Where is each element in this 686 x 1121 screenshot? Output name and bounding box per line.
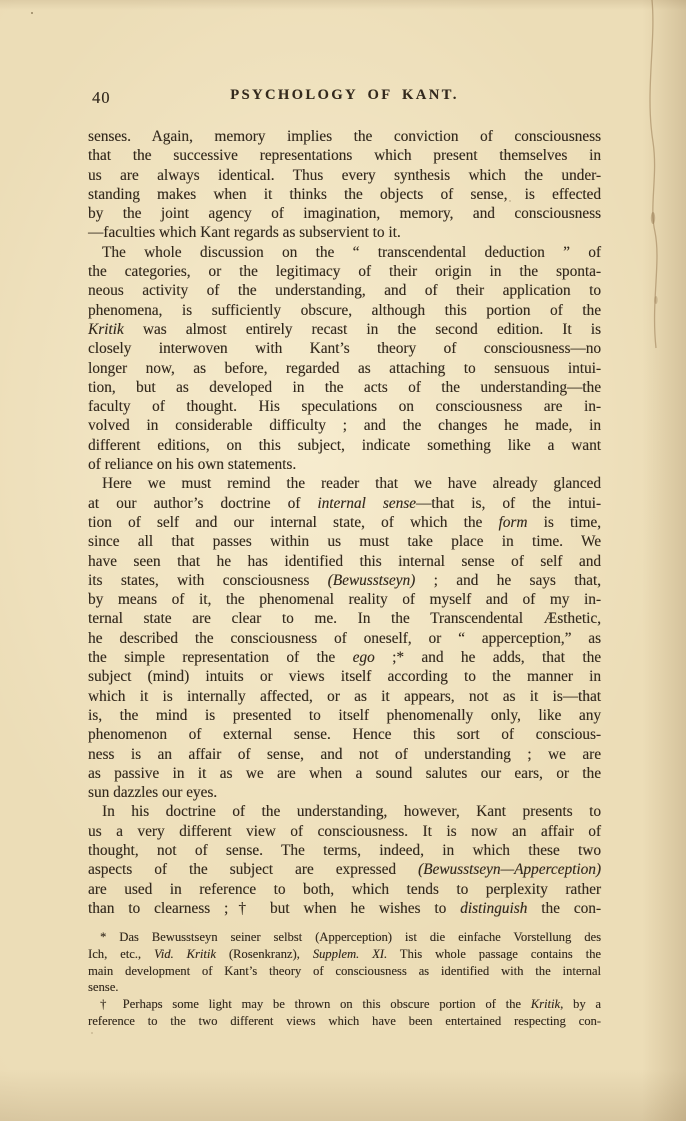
footnotes: * Das Bewusstseyn seiner selbst (Apperce… [88,929,601,1030]
text-segment: sense. [88,980,118,994]
text-line: at our author’s doctrine of internal sen… [88,494,601,513]
paragraph: senses. Again, memory implies the convic… [88,127,601,243]
text-segment: Ich, etc., [88,947,154,961]
text-segment: different editions, on this subject, ind… [88,437,601,454]
text-segment: † Perhaps some light may be thrown on th… [100,997,531,1011]
text-line: phenomenon of external sense. Hence this… [88,725,601,744]
text-line: by the joint agency of imagination, memo… [88,204,601,223]
text-segment: ternal state are clear to me. In the Tra… [88,610,601,627]
italic-text-segment: Kritik [88,321,124,338]
text-segment: reference to the two different views whi… [88,1014,601,1028]
text-segment: the categories, or the legitimacy of the… [88,263,601,280]
text-segment: neous activity of the understanding, and… [88,282,601,299]
text-segment: longer now, as before, regarded as attac… [88,360,601,377]
text-line: standing makes when it thinks the object… [88,185,601,204]
text-segment: faculty of thought. His speculations on … [88,398,601,415]
text-line: tion of self and our internal state, of … [88,513,601,532]
text-segment: the simple representation of the [88,649,353,666]
text-segment: senses. Again, memory implies the convic… [88,128,601,145]
text-segment: —that is, of the intui- [416,495,601,512]
text-segment: closely interwoven with Kant’s theory of… [88,340,601,357]
text-line: tion, but as developed in the acts of th… [88,378,601,397]
text-line: the categories, or the legitimacy of the… [88,262,601,281]
text-segment: ness is an affair of sense, and not of u… [88,746,601,763]
text-line: us a very different view of consciousnes… [88,822,601,841]
text-segment: sun dazzles our eyes. [88,784,217,801]
text-segment: In his doctrine of the understanding, ho… [102,803,601,820]
text-line: In his doctrine of the understanding, ho… [88,802,601,821]
text-line: its states, with consciousness (Bewussts… [88,571,601,590]
text-line: —faculties which Kant regards as subserv… [88,223,601,242]
text-segment: main development of Kant’s theory of con… [88,964,601,978]
text-line: thought, not of sense. The terms, indeed… [88,841,601,860]
paper-top-shadow [0,0,686,10]
text-segment: * Das Bewusstseyn seiner selbst (Apperce… [100,930,601,944]
text-segment: at our author’s doctrine of [88,495,317,512]
text-line: which it is internally affected, or as i… [88,687,601,706]
text-segment: thought, not of sense. The terms, indeed… [88,842,601,859]
italic-text-segment: distinguish [460,900,527,917]
book-page-scan: 40 PSYCHOLOGY OF KANT. senses. Again, me… [0,0,686,1121]
text-line: senses. Again, memory implies the convic… [88,127,601,146]
italic-text-segment: ego [353,649,375,666]
text-line: ness is an affair of sense, and not of u… [88,745,601,764]
text-line: as passive in it as we are when a sound … [88,764,601,783]
text-line: aspects of the subject are expressed (Be… [88,860,601,879]
text-line: closely interwoven with Kant’s theory of… [88,339,601,358]
paper-bottom-shadow [0,1069,686,1121]
text-line: ternal state are clear to me. In the Tra… [88,609,601,628]
text-line: are used in reference to both, which ten… [88,880,601,899]
text-line: main development of Kant’s theory of con… [88,963,601,980]
italic-text-segment: Supplem. XI. [313,947,387,961]
italic-text-segment: (Bewusstseyn—Apperception) [418,861,601,878]
text-line: of reliance on his own statements. [88,455,601,474]
text-segment: have seen that he has identified this in… [88,553,601,570]
paragraph: The whole discussion on the “ transcende… [88,243,601,475]
text-segment: aspects of the subject are expressed [88,861,418,878]
italic-text-segment: Vid. Kritik [154,947,216,961]
text-line: * Das Bewusstseyn seiner selbst (Apperce… [88,929,601,946]
text-segment: volved in considerable difficulty ; and … [88,417,601,434]
text-segment: This whole passage contains the [387,947,601,961]
body-text: senses. Again, memory implies the convic… [88,127,601,918]
text-segment: was almost entirely recast in the second… [124,321,601,338]
paragraph: In his doctrine of the understanding, ho… [88,802,601,918]
text-segment: the con- [527,900,601,917]
text-line: longer now, as before, regarded as attac… [88,359,601,378]
text-line: subject (mind) intuits or views itself a… [88,667,601,686]
text-segment: phenomena, is sufficiently obscure, alth… [88,302,601,319]
text-segment: by means of it, the phenomenal reality o… [88,591,601,608]
italic-text-segment: Kritik [531,997,560,1011]
text-line: by means of it, the phenomenal reality o… [88,590,601,609]
text-segment: ;* and he adds, that the [375,649,601,666]
text-line: volved in considerable difficulty ; and … [88,416,601,435]
text-segment: that the successive representations whic… [88,147,601,164]
paper-right-edge-shadow [642,0,686,1121]
text-line: different editions, on this subject, ind… [88,436,601,455]
text-line: Here we must remind the reader that we h… [88,474,601,493]
text-segment: of reliance on his own statements. [88,456,296,473]
text-line: is, the mind is presented to itself phen… [88,706,601,725]
text-segment: its states, with consciousness [88,572,328,589]
text-line: † Perhaps some light may be thrown on th… [88,996,601,1013]
text-segment: Here we must remind the reader that we h… [102,475,601,492]
text-segment: than to clearness ;† but when he wishes … [88,900,460,917]
running-head: PSYCHOLOGY OF KANT. [88,87,601,104]
text-segment: is, the mind is presented to itself phen… [88,707,601,724]
text-segment: us a very different view of consciousnes… [88,823,601,840]
italic-text-segment: form [498,514,527,531]
text-line: Ich, etc., Vid. Kritik (Rosenkranz), Sup… [88,946,601,963]
text-segment: are used in reference to both, which ten… [88,881,601,898]
text-segment: he described the consciousness of onesel… [88,630,601,647]
paper-speck [31,12,33,14]
text-segment: , by a [560,997,601,1011]
text-segment: tion of self and our internal state, of … [88,514,498,531]
text-segment: standing makes when it thinks the object… [88,186,601,203]
text-segment: subject (mind) intuits or views itself a… [88,668,601,685]
text-line: reference to the two different views whi… [88,1013,601,1030]
text-segment: tion, but as developed in the acts of th… [88,379,601,396]
text-line: faculty of thought. His speculations on … [88,397,601,416]
page-number: 40 [92,88,111,108]
paragraph: Here we must remind the reader that we h… [88,474,601,802]
text-line: neous activity of the understanding, and… [88,281,601,300]
text-segment: —faculties which Kant regards as subserv… [88,224,401,241]
text-segment: by the joint agency of imagination, memo… [88,205,601,222]
text-segment: us are always identical. Thus every synt… [88,167,601,184]
text-line: sense. [88,979,601,996]
text-line: he described the consciousness of onesel… [88,629,601,648]
text-segment: phenomenon of external sense. Hence this… [88,726,601,743]
text-line: The whole discussion on the “ transcende… [88,243,601,262]
text-segment: is time, [527,514,601,531]
text-line: than to clearness ;† but when he wishes … [88,899,601,918]
text-line: that the successive representations whic… [88,146,601,165]
italic-text-segment: (Bewusstseyn) [328,572,416,589]
text-segment: which it is internally affected, or as i… [88,688,601,705]
text-line: have seen that he has identified this in… [88,552,601,571]
text-line: phenomena, is sufficiently obscure, alth… [88,301,601,320]
text-line: us are always identical. Thus every synt… [88,166,601,185]
page-header: 40 PSYCHOLOGY OF KANT. [88,87,601,107]
text-line: since all that passes within us must tak… [88,532,601,551]
text-segment: ; and he says that, [415,572,601,589]
text-segment: (Rosenkranz), [216,947,313,961]
text-segment: The whole discussion on the “ transcende… [102,244,601,261]
text-line: sun dazzles our eyes. [88,783,601,802]
text-line: the simple representation of the ego ;* … [88,648,601,667]
footnote: † Perhaps some light may be thrown on th… [88,996,601,1030]
text-segment: since all that passes within us must tak… [88,533,601,550]
italic-text-segment: internal sense [317,495,416,512]
text-segment: as passive in it as we are when a sound … [88,765,601,782]
text-line: Kritik was almost entirely recast in the… [88,320,601,339]
footnote: * Das Bewusstseyn seiner selbst (Apperce… [88,929,601,996]
